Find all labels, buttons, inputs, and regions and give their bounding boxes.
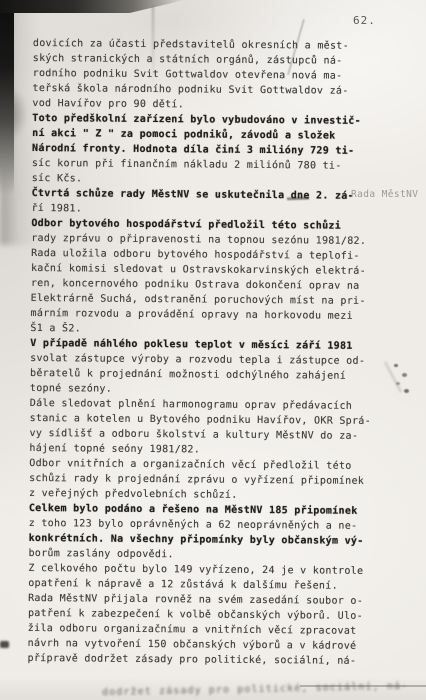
scanned-page: 62. dovicích za účasti představitelů okr… bbox=[0, 0, 426, 700]
scan-edge-top-left bbox=[0, 0, 185, 13]
ghost-text-bleed: dodržet zásady pro politické, sociální, … bbox=[102, 681, 408, 698]
text-line: márním rozvodu a provádění opravy na hor… bbox=[31, 306, 372, 324]
margin-note: Rada MěstNV bbox=[351, 189, 418, 200]
scan-mark-bottom-left bbox=[0, 641, 9, 648]
text-line: síc korun při finančním nákladu 2 milión… bbox=[32, 156, 373, 174]
text-line: Čtvrtá schůze rady MěstNV se uskutečnila… bbox=[32, 186, 373, 204]
page-number: 62. bbox=[353, 14, 376, 27]
scan-gutter-shadow bbox=[0, 0, 14, 195]
document-body: dovicích za účasti představitelů okresní… bbox=[28, 36, 375, 669]
pencil-smudge bbox=[388, 356, 418, 400]
scan-stain-left bbox=[0, 85, 28, 143]
text-line: přípravě dodržet zásady pro politické, s… bbox=[28, 651, 369, 669]
